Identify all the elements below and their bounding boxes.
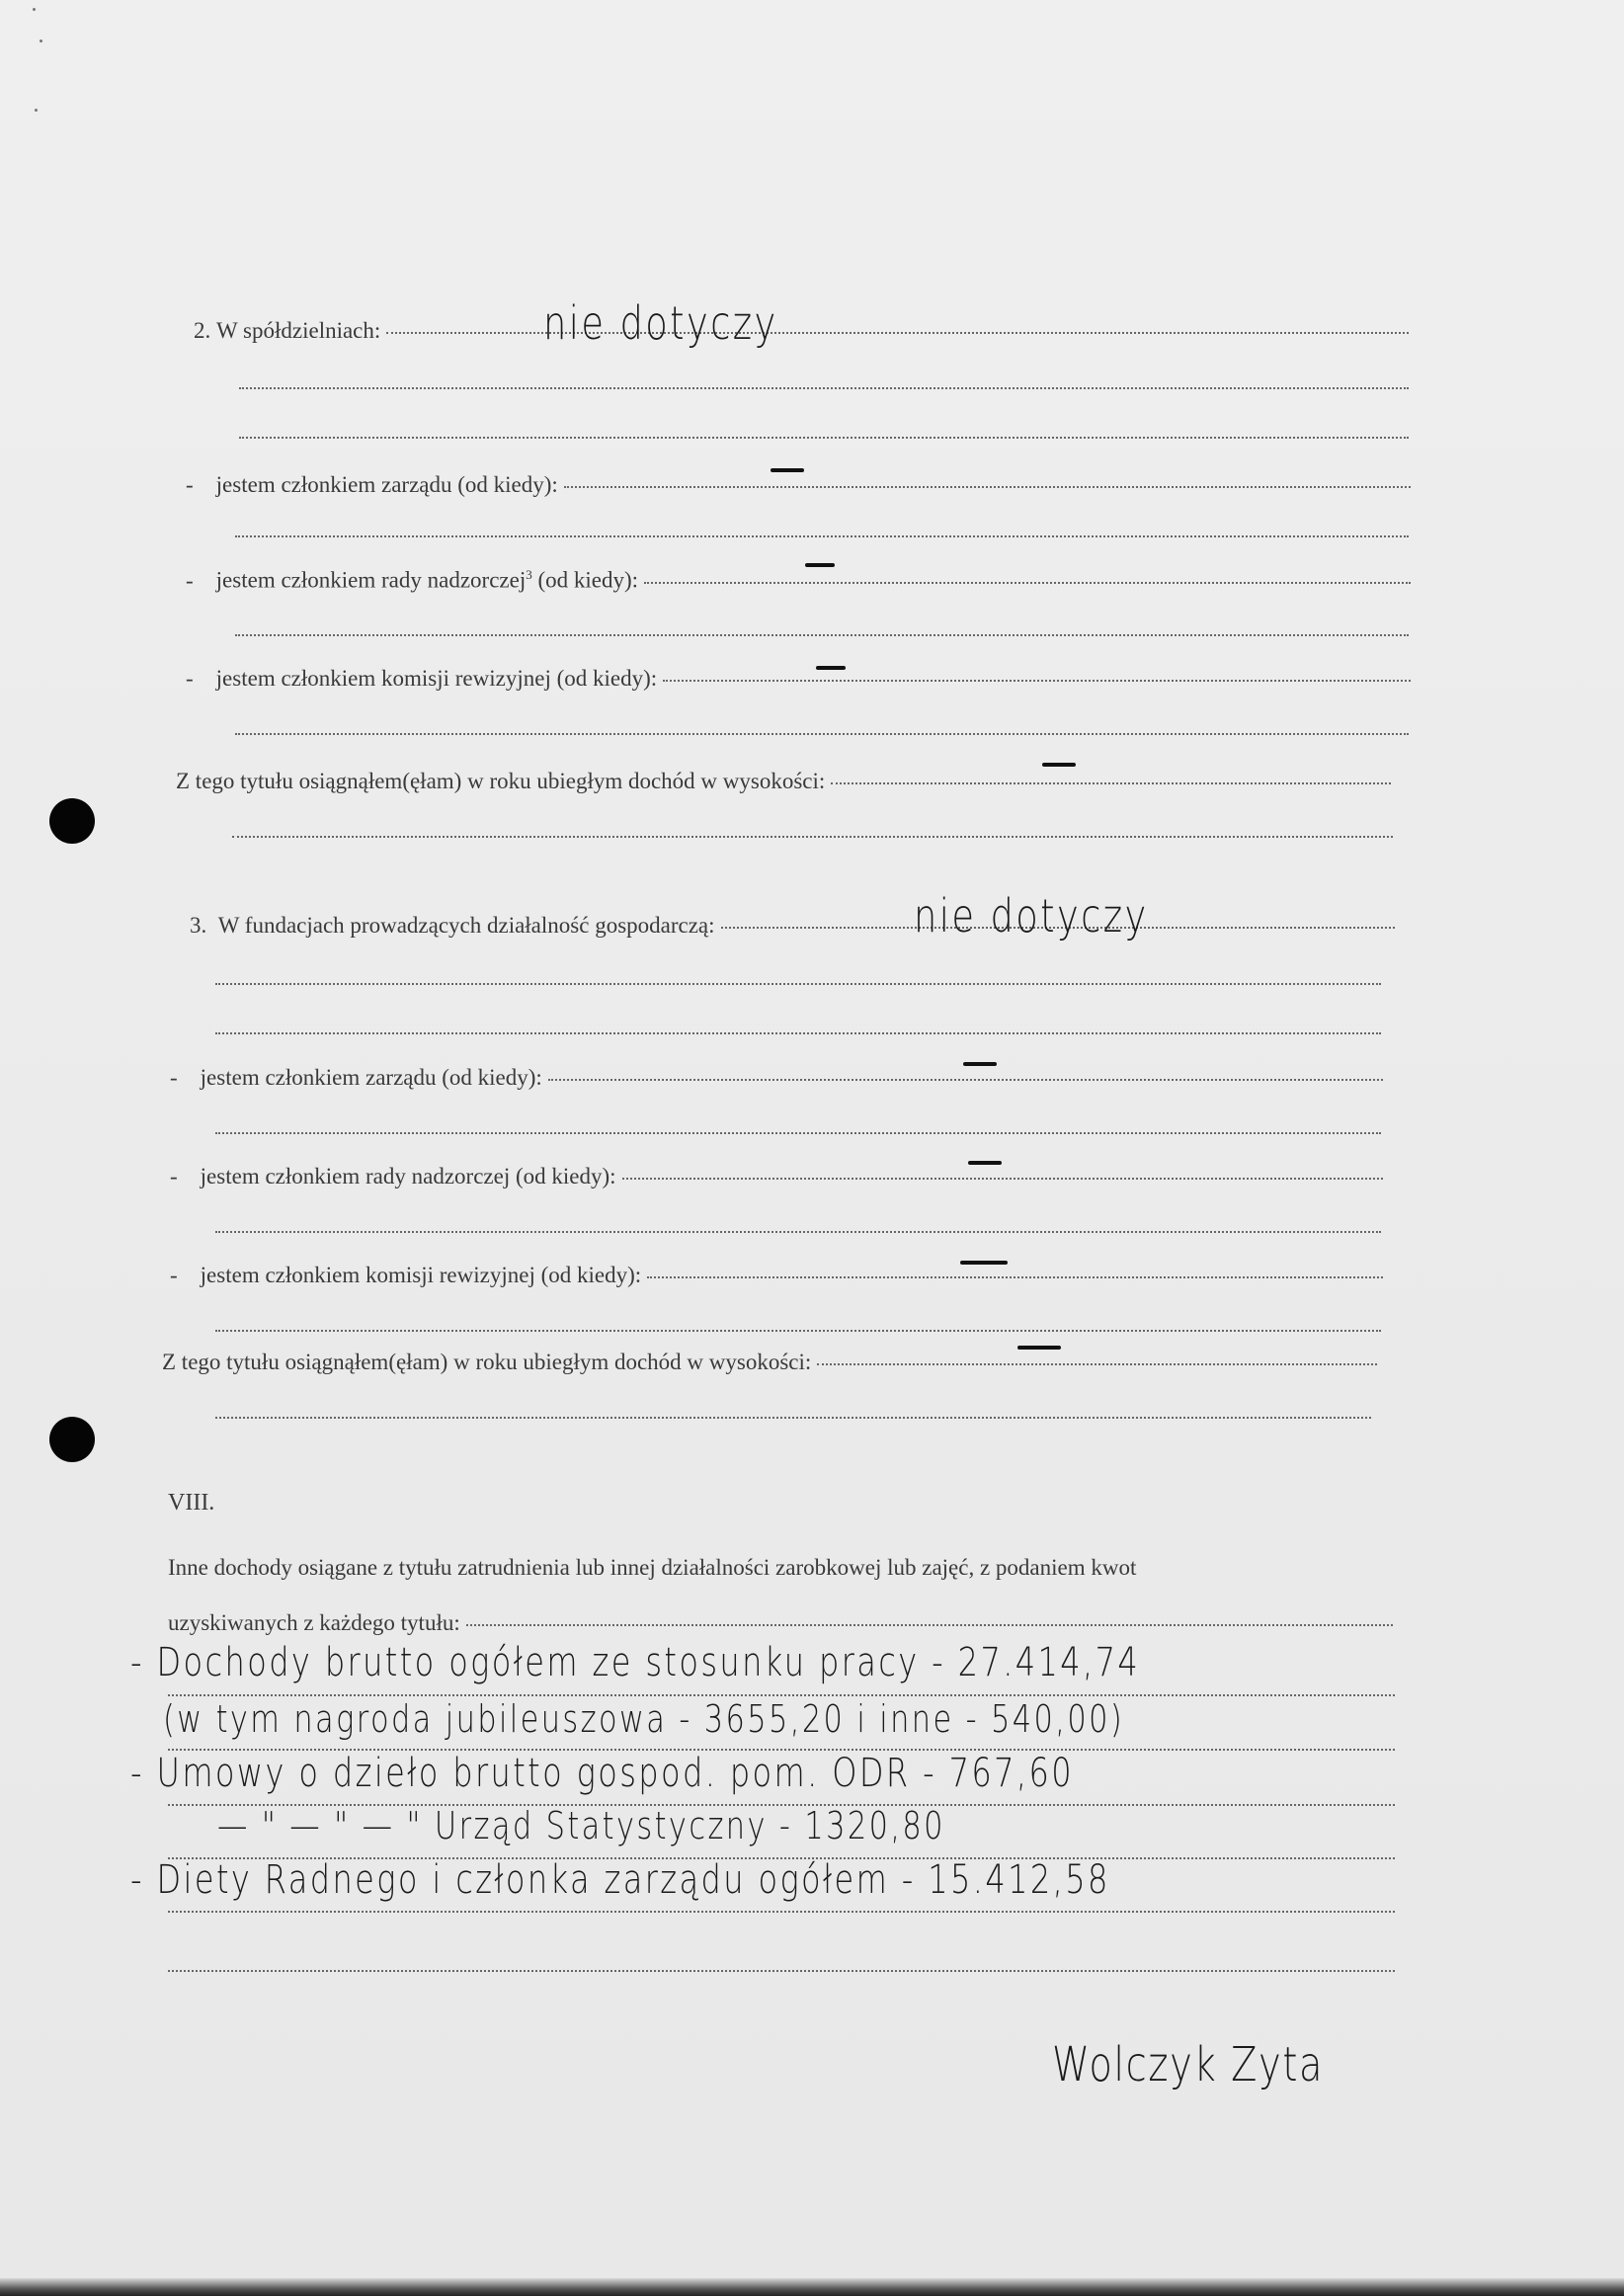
item3-handwritten-answer: nie dotyczy xyxy=(914,889,1149,943)
item3-income-dash xyxy=(1017,1346,1061,1350)
section-viii-line xyxy=(168,1694,1395,1696)
scan-speck xyxy=(40,40,42,42)
item2-row-zarzad: - jestem członkiem zarządu (od kiedy): xyxy=(186,472,1411,498)
item2-income-line: Z tego tytułu osiągnąłem(ęłam) w roku ub… xyxy=(176,769,1391,794)
item2-row-komisja-line2 xyxy=(235,733,1409,735)
item2-label: W spółdzielniach: xyxy=(216,318,380,344)
punch-hole-upper xyxy=(49,798,95,844)
item2-header-line: 2. W spółdzielniach: xyxy=(194,318,1409,344)
item3-row-zarzad-field[interactable] xyxy=(548,1079,1383,1081)
item2-row-komisja-field[interactable] xyxy=(663,680,1411,682)
item3-label: W fundacjach prowadzących działalność go… xyxy=(218,913,715,939)
item2-income-field[interactable] xyxy=(831,782,1391,784)
item3-row-komisja-label: jestem członkiem komisji rewizyjnej (od … xyxy=(201,1263,641,1288)
item2-income-line2 xyxy=(232,836,1393,838)
scan-speck xyxy=(35,109,38,112)
item2-row-komisja-label: jestem członkiem komisji rewizyjnej (od … xyxy=(216,666,657,692)
item2-continuation-line xyxy=(239,387,1409,389)
item3-income-line: Z tego tytułu osiągnąłem(ęłam) w roku ub… xyxy=(162,1350,1377,1375)
income-entry: — " — " — " Urząd Statystyczny - 1320,80 xyxy=(217,1804,945,1847)
section-viii-prompt-line2: uzyskiwanych z każdego tytułu: xyxy=(168,1610,1393,1636)
item3-row-rada-dash xyxy=(968,1161,1002,1165)
item2-row-rada-label: jestem członkiem rady nadzorczej3 (od ki… xyxy=(216,567,638,594)
item3-row-zarzad: - jestem członkiem zarządu (od kiedy): xyxy=(170,1065,1383,1091)
income-entry: - Dochody brutto ogółem ze stosunku prac… xyxy=(130,1640,1140,1685)
item3-header-line: 3. W fundacjach prowadzących działalność… xyxy=(190,913,1395,939)
section-viii-line xyxy=(168,1970,1395,1972)
item3-row-zarzad-dash xyxy=(963,1062,997,1066)
item3-income-field[interactable] xyxy=(817,1363,1377,1365)
item2-row-rada: - jestem członkiem rady nadzorczej3 (od … xyxy=(186,567,1411,594)
income-entry: - Umowy o dzieło brutto gospod. pom. ODR… xyxy=(130,1751,1074,1796)
item3-row-zarzad-line2 xyxy=(215,1132,1381,1134)
item3-row-komisja: - jestem członkiem komisji rewizyjnej (o… xyxy=(170,1263,1383,1288)
item3-row-rada-line2 xyxy=(215,1231,1381,1233)
item2-row-rada-dash xyxy=(805,563,835,567)
item2-row-zarzad-label: jestem członkiem zarządu (od kiedy): xyxy=(216,472,558,498)
item3-row-komisja-field[interactable] xyxy=(647,1276,1383,1278)
item3-income-line2 xyxy=(215,1417,1371,1419)
scan-bottom-edge xyxy=(0,2278,1624,2296)
item3-row-rada-field[interactable] xyxy=(622,1178,1383,1180)
section-viii-prompt-line1: Inne dochody osiągane z tytułu zatrudnie… xyxy=(168,1555,1136,1581)
item2-row-komisja: - jestem członkiem komisji rewizyjnej (o… xyxy=(186,666,1411,692)
item2-row-komisja-dash xyxy=(816,666,846,670)
item2-income-dash xyxy=(1042,763,1076,767)
section-viii-title: VIII. xyxy=(168,1490,214,1517)
item2-row-rada-field[interactable] xyxy=(644,582,1411,584)
item3-continuation-line xyxy=(215,1032,1381,1034)
item2-answer-field[interactable] xyxy=(386,332,1409,334)
item2-continuation-line xyxy=(239,437,1409,439)
item2-row-zarzad-field[interactable] xyxy=(564,486,1411,488)
item2-row-rada-line2 xyxy=(235,634,1409,636)
section-viii-line xyxy=(168,1911,1395,1913)
item3-income-label: Z tego tytułu osiągnąłem(ęłam) w roku ub… xyxy=(162,1350,811,1375)
item2-handwritten-answer: nie dotyczy xyxy=(543,296,778,350)
item2-income-label: Z tego tytułu osiągnąłem(ęłam) w roku ub… xyxy=(176,769,825,794)
item2-row-zarzad-line2 xyxy=(235,535,1409,537)
item3-continuation-line xyxy=(215,983,1381,985)
signature: Wolczyk Zyta xyxy=(1052,2037,1324,2092)
document-page: 2. W spółdzielniach: nie dotyczy - jeste… xyxy=(0,0,1624,2296)
item3-row-rada-label: jestem członkiem rady nadzorczej (od kie… xyxy=(201,1164,616,1189)
income-entry: - Diety Radnego i członka zarządu ogółem… xyxy=(130,1857,1110,1903)
income-entry: (w tym nagroda jubileuszowa - 3655,20 i … xyxy=(163,1697,1124,1741)
item3-row-komisja-line2 xyxy=(215,1330,1381,1332)
item2-number: 2. xyxy=(194,318,210,344)
item3-row-zarzad-label: jestem członkiem zarządu (od kiedy): xyxy=(201,1065,542,1091)
item3-row-komisja-dash xyxy=(960,1261,1008,1265)
section-viii-answer-field[interactable] xyxy=(466,1624,1393,1626)
punch-hole-lower xyxy=(49,1417,95,1462)
scan-speck xyxy=(33,8,36,11)
item2-row-zarzad-dash xyxy=(771,468,804,472)
item3-number: 3. xyxy=(190,913,206,939)
item3-row-rada: - jestem członkiem rady nadzorczej (od k… xyxy=(170,1164,1383,1189)
